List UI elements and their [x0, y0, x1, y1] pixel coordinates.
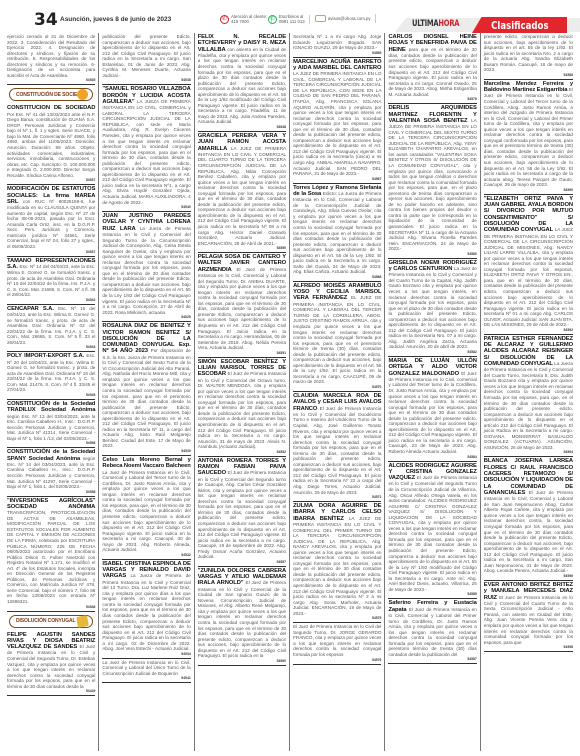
notice-code: 54582: [388, 350, 476, 354]
classified-notice: GRACIELA PEREIRA VERA Y JUAN RAMON ACOST…: [198, 132, 286, 253]
divider: [309, 15, 310, 24]
classified-notice: "ELIZABETH ORTIZ PAIVA Y JUAN GABRIEL AY…: [484, 195, 573, 335]
section-label: DISOLUCIÓN CONYUGAL: [9, 615, 93, 628]
column-1: ejercicio cerrado al 31 de Diciembre de …: [4, 33, 99, 751]
notice-body: El Juez de Primera Instancia en lo Civil…: [198, 267, 286, 350]
notice-code: 54596: [484, 574, 573, 578]
notice-body: LA JUEZ DE PRIMERA INSTANCIA EN LO CIVIL…: [293, 516, 381, 616]
notice-headline: Marcelina Mendez Ferreira y Baldovino Ma…: [484, 81, 573, 93]
notice-body: para que en el término de 30 días, conta…: [388, 47, 476, 97]
phone-icon: ✆: [220, 15, 229, 24]
notice-body: publicación del presente Edicto, compare…: [102, 34, 190, 78]
notice-body: con RUC Nº 80025159-6, fue modificada en…: [7, 199, 95, 249]
classified-notice: POLY IMPORT-EXPORT S.A. Esc. Nº 20 del 1…: [7, 352, 95, 400]
page-header: 34 Asunción, jueves 8 de junio de 2023 ✆…: [0, 0, 580, 30]
customer-service-contact: ✆ Atención al cliente:415 7000: [220, 14, 272, 24]
notice-headline: MARCELINO ACUÑA BARRETO y AIDA MARIBEL D…: [293, 59, 381, 71]
classified-notice: Torres López y Ramona Stefania de la Sos…: [293, 184, 381, 282]
notice-code: 54550: [198, 246, 286, 250]
classified-notice: MARCELINO ACUÑA BARRETO y AIDA MARIBEL D…: [293, 58, 381, 184]
notice-code: 54570: [293, 385, 381, 389]
notice-body: El Juez de Primera Instancia en lo Civil…: [198, 470, 286, 559]
notice-headline: DERLIS ARQUIMIDES MARTINEZ FLORENTIN Y V…: [388, 105, 476, 124]
classified-notice: CLAUDIA MARCELA ROA DE AVALOS y CESAR LU…: [293, 392, 381, 502]
notice-code: 54592: [484, 328, 573, 332]
notice-body: presente edicto, comparezcan a deducir s…: [484, 34, 573, 72]
notice-headline: POLY IMPORT-EXPORT S.A.: [7, 353, 86, 359]
column-2: publicación del presente Edicto, compare…: [99, 33, 194, 751]
classifieds-columns: ejercicio cerrado al 31 de Diciembre de …: [4, 33, 576, 751]
notice-code: 54575: [293, 616, 381, 620]
classified-notice: Marcelina Mendez Ferreira y Baldovino Ma…: [484, 80, 573, 195]
notice-body: El Juez de Primera Instancia en lo Civil…: [7, 644, 95, 689]
notice-code: 54530: [102, 449, 190, 453]
column-6: presente edicto, comparezcan a deducir s…: [481, 33, 576, 751]
classified-notice: ALFREDO MOISÉS ARAMBULO YOSO Y CECILIA M…: [293, 282, 381, 392]
notice-code: 54560: [198, 659, 286, 663]
notice-code: 54590: [484, 188, 573, 192]
brand-logo: ULTIMAHORA: [412, 19, 459, 29]
classified-notice: GRISELDA NOEMI RODRIGUEZ y CARLOS CENTUR…: [388, 259, 476, 357]
notice-headline: CONSTITUCION DE SOCIEDAD: [7, 105, 95, 111]
notice-code: 54537: [7, 250, 95, 254]
notice-headline: CENCAPAR S.A.: [7, 306, 58, 312]
notice-code: 54576: [293, 658, 381, 662]
notice-code: 54537: [7, 178, 95, 182]
notice-body: EL JUEZ DE PRIMERA INSTANCIA EN LO CIVIL…: [293, 295, 381, 384]
notice-code: 54551: [198, 351, 286, 355]
classified-notice: ANTONIA ROMERA TORRES Y RAMON FABIAN PAI…: [198, 457, 286, 567]
section-label: CONSTITUCIÓN DE SOCIEDAD: [9, 88, 93, 101]
notice-code: 54548: [198, 125, 286, 129]
whatsapp-icon: ✆: [268, 15, 277, 24]
classified-notice: "SAMUEL ROSARIO VILLAZBOA BORDÓN Y LUCID…: [102, 85, 190, 212]
classified-notice: FELIX N. RECALDE ETCHEVERRY y DAISY R. M…: [198, 33, 286, 132]
notice-body: LA JUEZA DE PRIMERA INSTANCIA EN LO CIVI…: [102, 99, 190, 205]
notice-code: 54558: [7, 490, 95, 494]
notice-code: 54542: [7, 298, 95, 302]
notice-body: El Juez de Primera Instancia en lo Civil…: [293, 406, 381, 495]
classified-notice: MARIA DE LUJÁN ULLÓN ORTEGA Y ALDO VICTO…: [388, 357, 476, 462]
classified-notice: CONSTITUCION DE SOCIEDAD Por Esc. Nº 41 …: [7, 104, 95, 185]
notice-body: La Jueza de Primera de Primera Instancia…: [102, 573, 190, 651]
notice-code: 54587: [388, 657, 476, 661]
notice-body: La Juez de Primera Instancia en lo Civil…: [102, 660, 190, 676]
notice-body: con asiento en la Ciudad de Filadelfia, …: [198, 47, 286, 125]
classified-notice: ejercicio cerrado al 31 de Diciembre de …: [7, 33, 95, 85]
notice-body: El Juez de Primera Instancia en lo Civil…: [388, 607, 476, 657]
divider: [375, 14, 376, 23]
classified-notice: presente edicto, comparezcan a deducir s…: [484, 33, 573, 80]
notice-body: Por Esc. Nº 41 del 13/03/2023 ante el N.…: [7, 112, 95, 178]
notice-body: Edicto: La Jueza de Primera Instancia en…: [293, 191, 381, 274]
notice-code: 54534: [102, 652, 190, 656]
classified-notice: MODIFICACIÓN DE ESTATUTOS SOCIALES: La f…: [7, 185, 95, 256]
classified-notice: "ZUNILDA DOLORES CABRERA VARGAS Y ATILIO…: [198, 567, 286, 666]
notice-code: 54585: [388, 592, 476, 596]
notice-code: 54543: [7, 345, 95, 349]
classified-notice: ALCIDES RODRIGUEZ AGUIRRE Y CRISTINA GON…: [388, 462, 476, 600]
notice-code: 54598: [484, 645, 573, 649]
notice-body: El Juez de Primera Instancia en lo Civil…: [198, 580, 286, 658]
section-title: Clasificados: [491, 19, 548, 32]
classified-notice: JUAN JUSTINO PAREDES OVELAR Y CYNTHIA LO…: [102, 212, 190, 322]
column-4: Secretaría Nº 1 a mi cargo Abg. Jorge Ed…: [290, 33, 385, 751]
document-icon: [76, 615, 89, 628]
notice-code: 54572: [293, 495, 381, 499]
notice-body: Esc. Nº 16 del 04/04/23, ante la Esc. Wi…: [7, 306, 95, 345]
classified-notice: CONSTITUCIÓN de la Sociedad SPANY Socied…: [7, 448, 95, 496]
classified-notice: La Juez de Primera Instancia en lo Civil…: [102, 659, 190, 684]
email-contact[interactable]: avisos@uhora.com.py: [315, 14, 376, 23]
classified-notice: SIMÓN ESCOBAR BENÍTEZ Y LILIAN MARISOL T…: [198, 358, 286, 457]
notice-code: 54594: [484, 450, 573, 454]
notice-body: Esc. Nº 14 del 04/04/23, ante la Esc. Wi…: [7, 264, 95, 297]
classified-notice: Celso Luis Moreno Bernal y Rebeca Noemi …: [102, 456, 190, 560]
notice-code: 54525: [102, 315, 190, 319]
whatsapp-contact: ✆ Escribinos al0981 111 013: [268, 14, 310, 24]
notice-code: 54538: [102, 78, 190, 82]
notice-body: El Juez de Primera Instancia en lo Civil…: [198, 371, 286, 449]
classified-notice: PELAGIA SOSA DE CANTERO Y WALTER JAVIER …: [198, 253, 286, 358]
mail-icon: [315, 15, 326, 22]
classified-notice: Secretaría Nº 1 a mi cargo Abg. Jorge Ed…: [293, 33, 381, 58]
classified-notice: CENCAPAR S.A. Esc. Nº 16 del 04/04/23, a…: [7, 305, 95, 353]
classified-notice: PATRICIA ESTHER FERNANDEZ DE ALCARAZ Y G…: [484, 335, 573, 458]
notice-body: La Jueza de Primera Instancia en lo Civi…: [484, 361, 573, 450]
notice-code: 54532: [102, 553, 190, 557]
classified-notice: CONSTITUCIÓN de la Sociedad TRADILUX Soc…: [7, 400, 95, 448]
notice-headline: "INVERSIONES AGRÍCOLAS" SOCIEDAD ANÓNIMA: [7, 498, 95, 510]
page-date: Asunción, jueves 8 de junio de 2023: [60, 16, 171, 23]
column-3: FELIX N. RECALDE ETCHEVERRY y DAISY R. M…: [195, 33, 290, 751]
classified-notice: ROSALINA DIAZ DE BENITEZ Y VICTOR RAMON …: [102, 322, 190, 456]
notice-body: ejercicio cerrado al 31 de Diciembre de …: [7, 34, 95, 78]
classified-notice: EVER ANTONIO BRITEZ BRITEZ y MANUELA MER…: [484, 581, 573, 652]
notice-body: El Juez de Primera Instancia en lo Civil…: [484, 87, 573, 187]
notice-code: 54541: [102, 676, 190, 680]
notice-headline: CONSTITUCIÓN de la Sociedad TRADILUX Soc…: [7, 401, 95, 413]
notice-headline: Celso Luis Moreno Bernal y Rebeca Noemi …: [102, 457, 190, 469]
classified-notice: BLANCA JOSEFINA LARREA FLORES C/ RAUL FR…: [484, 457, 573, 580]
classified-notice: CARLOS DIOSNEL HEINE ROJAS Y BENEFRIDA P…: [388, 33, 476, 104]
notice-body: LA JUEZA DE PRIMERA INSTANCIA EN LO CIVI…: [388, 118, 476, 251]
notice-code: 54578: [388, 97, 476, 101]
notice-code: 54567: [293, 177, 381, 181]
notice-code: 54557: [198, 560, 286, 564]
notice-body: LA JUEZ DE PRIMERA INSTANCIA EN LO CIVIL…: [484, 227, 573, 327]
notice-body: La Juez de Primera Instancia en lo Civil…: [102, 470, 190, 553]
notice-body: Secretaría Nº 1 a mi cargo Abg. Jorge Ed…: [293, 34, 381, 50]
classified-notice: "INVERSIONES AGRÍCOLAS" SOCIEDAD ANÓNIMA…: [7, 497, 95, 612]
classified-notice: publicación del presente Edicto, compare…: [102, 33, 190, 85]
notice-code: 54565: [293, 51, 381, 55]
notice-body: LA JUEZ DE PRIMERA INSTANCIA EN LO CIVIL…: [198, 146, 286, 246]
notice-body: El Juez de Primera Instancia en lo Civil…: [484, 490, 573, 573]
classified-notice: DERLIS ARQUIMIDES MARTINEZ FLORENTIN Y V…: [388, 104, 476, 258]
notice-body: Esc. Nº 20 del 16/04/23, ante la Esc. Wi…: [7, 353, 95, 392]
section-banner: Clasificados: [472, 17, 567, 33]
classified-notice: Saferino Ferreira y Eustacia Zapata El J…: [388, 599, 476, 664]
notice-code: 54580: [388, 252, 476, 256]
classified-notice: ISABEL CRISTINA ESPINOLA DE VARGAS Y REI…: [102, 560, 190, 659]
notice-code: 54584: [388, 455, 476, 459]
notice-code: 54535: [7, 78, 95, 82]
notice-code: 54546: [7, 605, 95, 609]
notice-code: 54568: [293, 275, 381, 279]
notice-body: Por disposición de S.S. la Sra. Jueza de…: [102, 348, 190, 448]
notice-code: 54449: [7, 689, 95, 693]
notice-code: 54545: [7, 393, 95, 397]
notice-code: 54552: [198, 450, 286, 454]
classified-notice: ZULMA DORA AGUIRRE DE IBARRA Y CARLOS CE…: [293, 502, 381, 623]
classified-notice: TAMANO REPRESENTACIONES S.A. Esc. Nº 14 …: [7, 257, 95, 305]
notice-code: 54556: [7, 441, 95, 445]
notice-body: El Juez de Primera Instancia en lo Civil…: [293, 624, 381, 657]
page-number: 34: [34, 10, 58, 30]
classified-notice: FELIPE AGUSTIN SANDES RIVAS Y DIOSA BEAT…: [7, 631, 95, 697]
notice-body: El Juez de Primera Instancia en lo Civil…: [484, 595, 573, 645]
notice-code: 54540: [102, 205, 190, 209]
notice-body: según Esc. Nº 13 del 03/04/2023, ante la…: [7, 414, 95, 441]
column-5: CARLOS DIOSNEL HEINE ROJAS Y BENEFRIDA P…: [385, 33, 480, 751]
classified-notice: El Juez de Primera Instancia en lo Civil…: [293, 623, 381, 664]
notice-code: 54588: [484, 73, 573, 77]
notice-body: El Juez de Primera Instancia en lo Civil…: [388, 371, 476, 454]
notice-body: La Juez de Primera Instancia en lo Civil…: [388, 266, 476, 349]
coins-icon: [77, 89, 88, 100]
notice-body: La Jueza de Primera Instancia en lo Civi…: [102, 226, 190, 315]
notice-body: El Juez de Primera Instancia en lo Civil…: [388, 475, 476, 592]
notice-body: TRANSCRIPCIÓN, PROTOCOLIZACIÓN DE ACTAS …: [7, 510, 95, 604]
notice-body: LA JUEZ DE PRIMERA INSTANCIA EN LO CIVIL…: [293, 71, 381, 176]
